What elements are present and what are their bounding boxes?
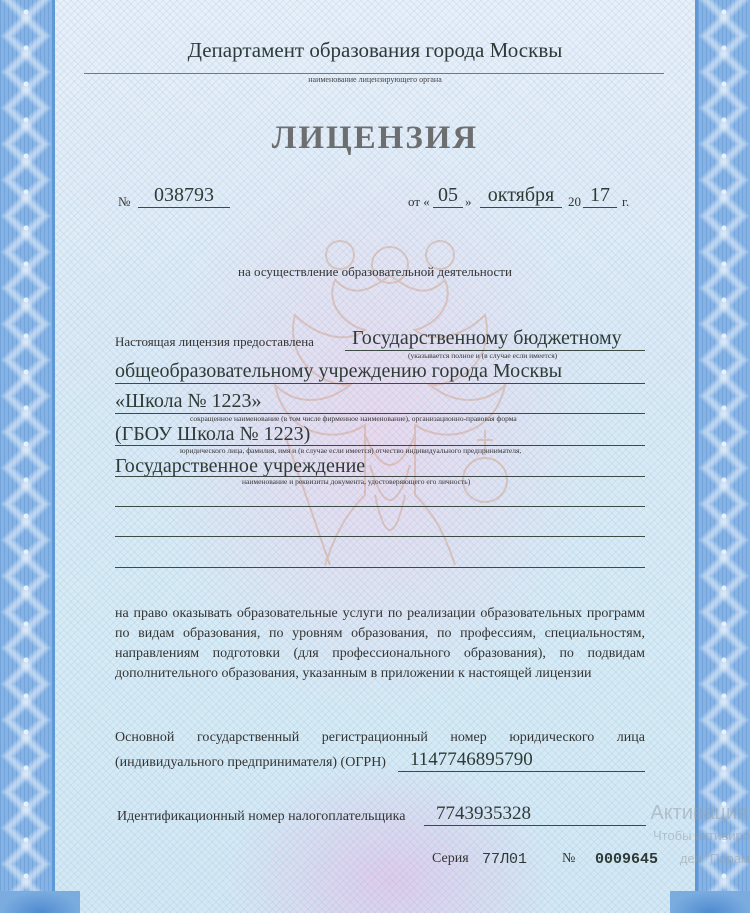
date-year-prefix: 20 [568,194,581,210]
bottom-right-ornament [670,891,750,913]
right-ornamental-border [695,0,750,913]
license-purpose: на осуществление образовательной деятель… [60,264,690,280]
inn-value: 7743935328 [436,803,531,825]
licensee-caption-1: (указывается полное и (в случае если име… [408,351,557,360]
license-number: 038793 [138,184,230,208]
licensee-line-4: (ГБОУ Школа № 1223) [115,423,310,446]
date-prefix: от « [408,194,430,210]
licensee-line-1: Государственному бюджетному [352,327,622,350]
licensee-caption-2: сокращенное наименование (в том числе фи… [190,414,517,423]
authority-underline [84,73,664,74]
ogrn-value: 1147746895790 [410,749,533,771]
bottom-left-ornament [0,891,80,913]
rights-paragraph: на право оказывать образовательные услуг… [115,604,645,684]
document-title: ЛИЦЕНЗИЯ [60,120,690,157]
licensee-caption-3: юридического лица, фамилия, имя и (в слу… [180,446,521,455]
blank-line-2 [115,536,645,537]
licensing-authority: Департамент образования города Москвы [60,38,690,63]
windows-activation-line-3: дел "Парам [680,851,750,866]
licensee-line-3: «Школа № 1223» [115,390,262,413]
date-day: 05 [433,184,463,208]
blank-number-label: № [562,851,575,867]
ogrn-label-line-2: (индивидуального предпринимателя) (ОГРН) [115,755,386,771]
blank-line-3 [115,567,645,568]
licensee-caption-4: наименование и реквизиты документа, удос… [242,477,470,486]
date-month: октября [480,184,562,208]
date-year-g: г. [622,194,629,210]
date-year: 17 [583,184,617,208]
left-ornamental-border [0,0,55,913]
series-label: Серия [432,851,469,867]
licensee-underline-2 [115,383,645,384]
ogrn-label-line-1: Основной государственный регистрационный… [115,730,645,746]
ogrn-underline [398,771,645,772]
blank-line-1 [115,506,645,507]
authority-caption: наименование лицензирующего органа [60,75,690,84]
blank-number-value: 0009645 [595,851,658,868]
windows-activation-line-2: Чтобы активиро [653,828,750,843]
number-label: № [118,194,130,210]
series-value: 77Л01 [482,851,527,868]
inn-underline [424,825,646,826]
licensee-line-2: общеобразовательному учреждению города М… [115,360,562,383]
date-day-suffix: » [465,194,472,210]
granted-label: Настоящая лицензия предоставлена [115,334,314,350]
windows-activation-title: Активация [650,802,748,825]
licensee-line-5: Государственное учреждение [115,455,365,478]
inn-label: Идентификационный номер налогоплательщик… [117,809,405,825]
